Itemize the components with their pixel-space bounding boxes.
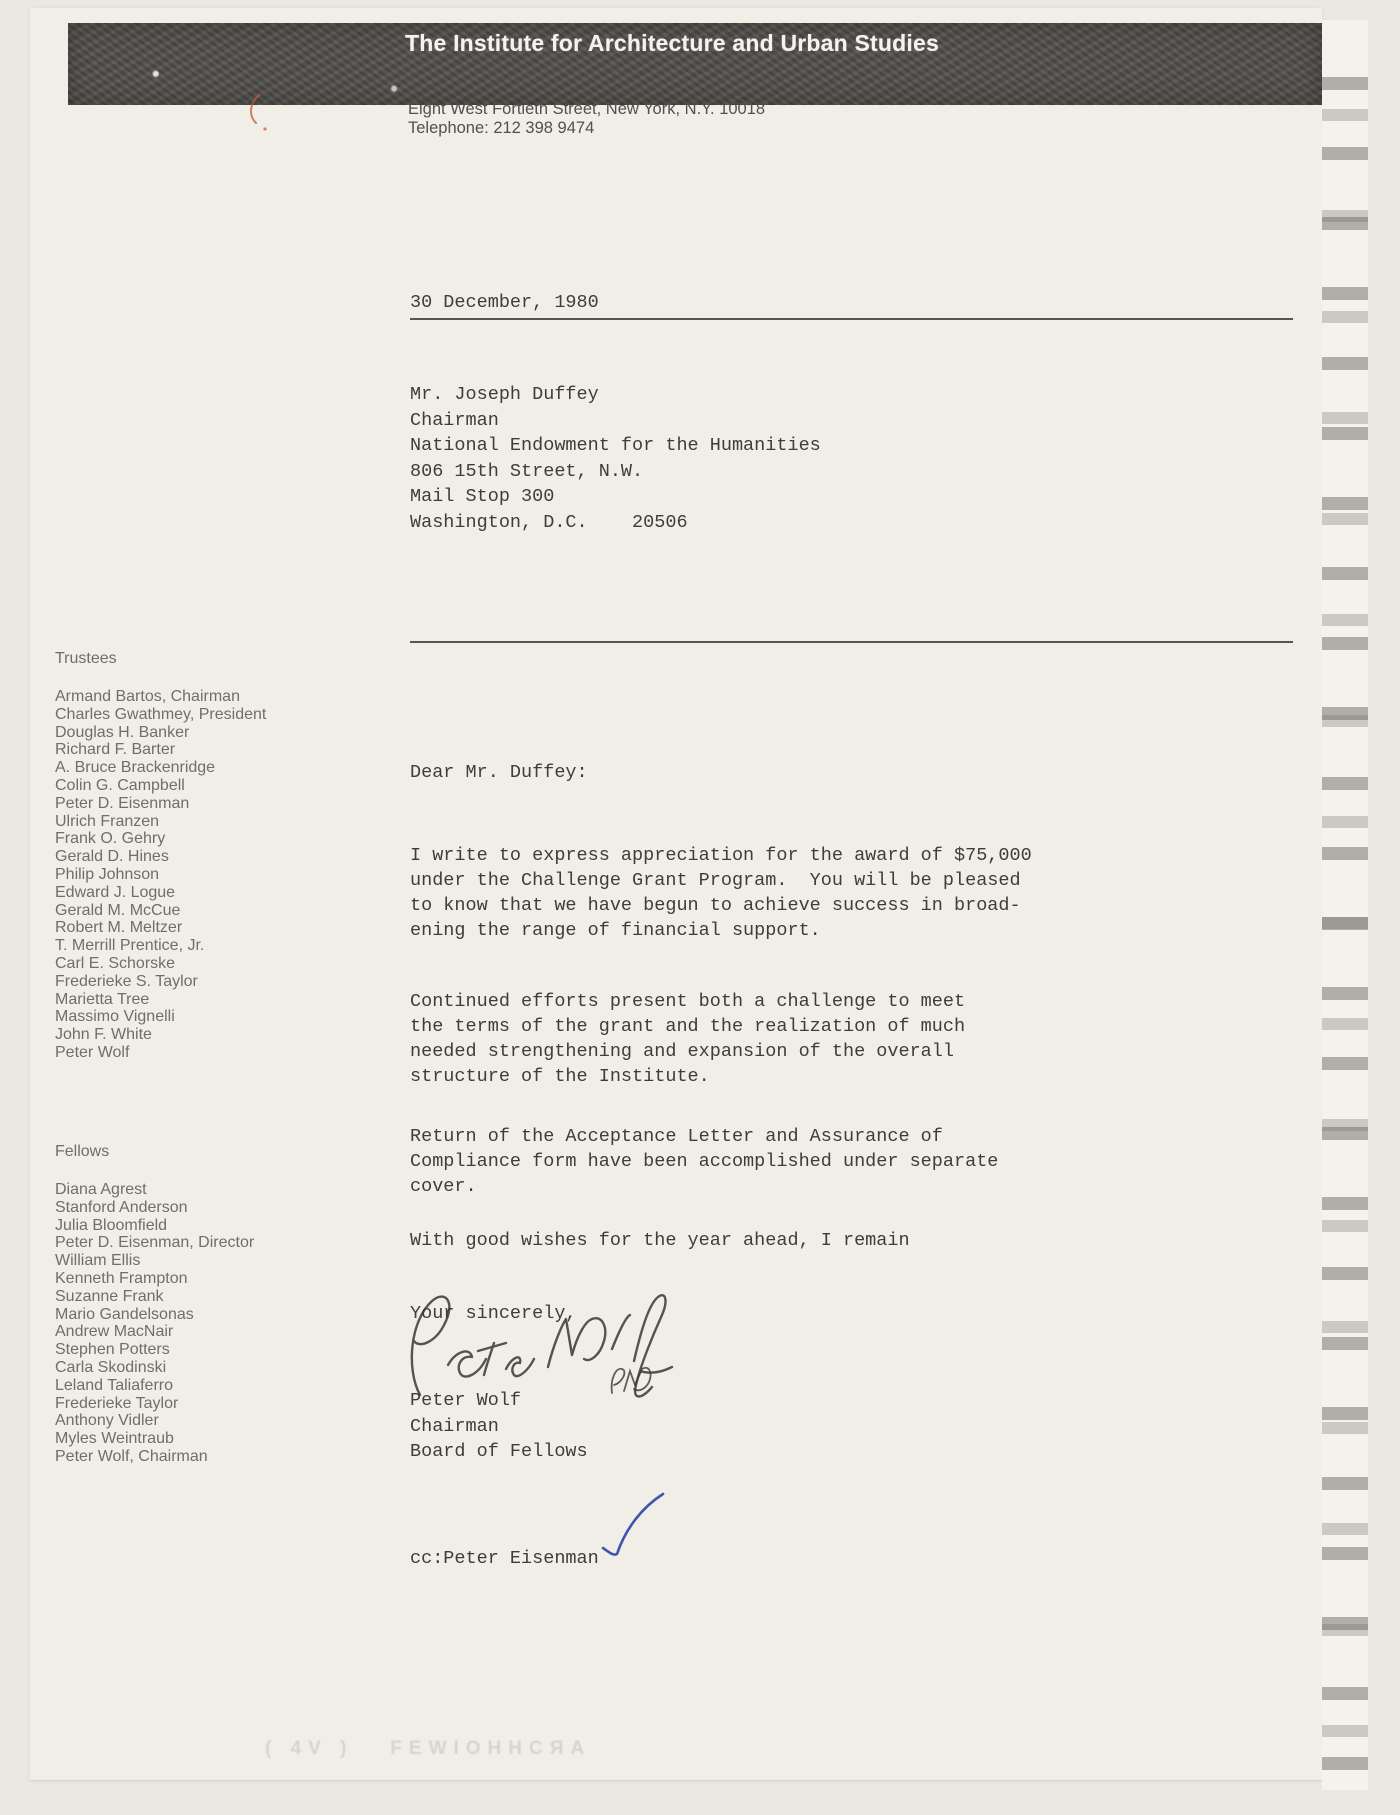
- body-paragraph-3: Return of the Acceptance Letter and Assu…: [410, 1124, 998, 1199]
- salutation: Dear Mr. Duffey:: [410, 760, 588, 785]
- address-rule: [410, 641, 1293, 643]
- signature-block: Peter Wolf Chairman Board of Fellows: [410, 1388, 588, 1465]
- letter-date: 30 December, 1980: [410, 290, 599, 315]
- binding-strip: [1322, 20, 1368, 1790]
- fellows-list: Diana Agrest Stanford Anderson Julia Blo…: [55, 1181, 254, 1466]
- telephone: Telephone: 212 398 9474: [408, 119, 594, 137]
- blue-checkmark: [595, 1488, 685, 1563]
- fellows-heading: Fellows: [55, 1143, 109, 1161]
- letterhead-address: Eight West Fortieth Street, New York, N.…: [408, 100, 765, 138]
- body-paragraph-2: Continued efforts present both a challen…: [410, 989, 965, 1089]
- red-pen-mark: [243, 91, 287, 145]
- bleed-through-text: ( 4V ) FEWIOHHCЯA: [265, 1738, 591, 1760]
- street-address: Eight West Fortieth Street, New York, N.…: [408, 100, 765, 118]
- cc-line: cc:Peter Eisenman: [410, 1546, 599, 1571]
- recipient-address: Mr. Joseph Duffey Chairman National Endo…: [410, 382, 821, 535]
- org-title: The Institute for Architecture and Urban…: [405, 30, 939, 57]
- trustees-list: Armand Bartos, Chairman Charles Gwathmey…: [55, 688, 266, 1062]
- date-rule: [410, 318, 1293, 320]
- body-paragraph-4: With good wishes for the year ahead, I r…: [410, 1228, 910, 1253]
- body-paragraph-1: I write to express appreciation for the …: [410, 843, 1032, 943]
- trustees-heading: Trustees: [55, 650, 117, 668]
- letter-page: The Institute for Architecture and Urban…: [30, 8, 1322, 1781]
- scanned-letter: The Institute for Architecture and Urban…: [0, 0, 1400, 1815]
